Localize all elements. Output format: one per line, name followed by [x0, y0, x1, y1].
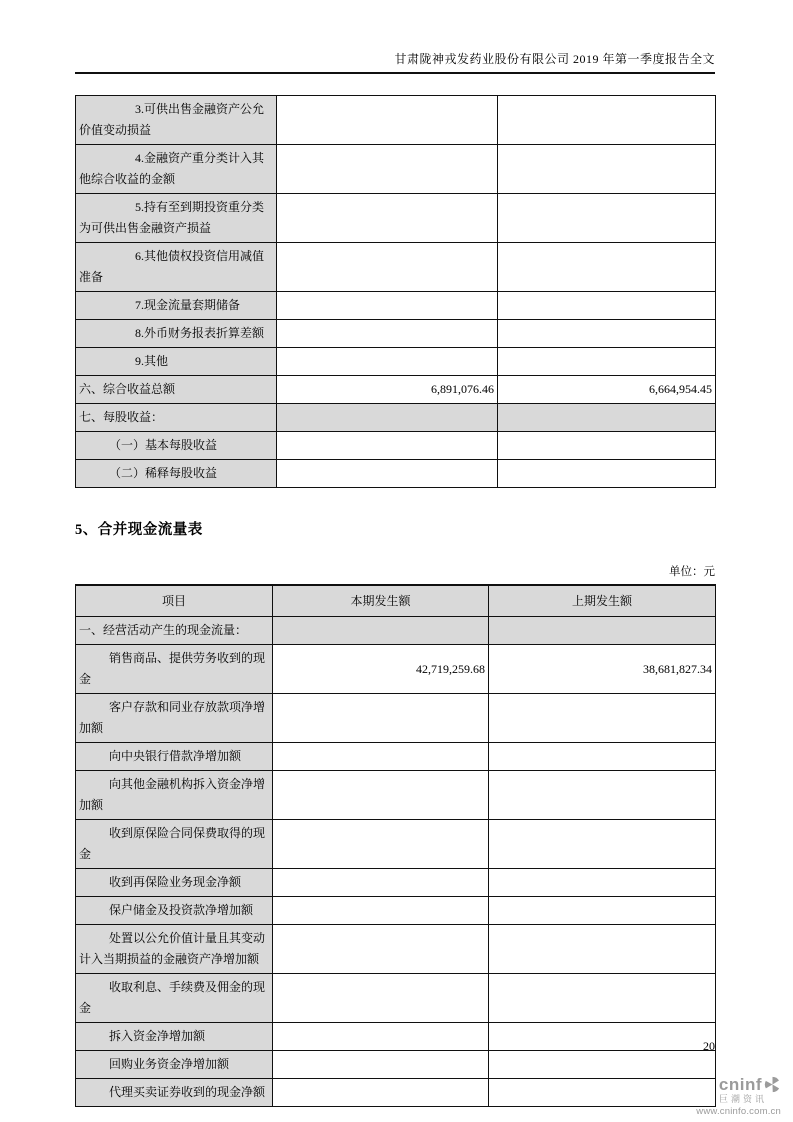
table-row: 5.持有至到期投资重分类为可供出售金融资产损益 [76, 194, 716, 243]
current-period-value [273, 1051, 489, 1079]
current-period-value [273, 925, 489, 974]
current-period-value [277, 292, 498, 320]
current-period-value [273, 771, 489, 820]
table-row: 一、经营活动产生的现金流量： [76, 617, 716, 645]
row-label: 回购业务资金净增加额 [76, 1051, 273, 1079]
row-label: 向中央银行借款净增加额 [76, 743, 273, 771]
row-label: （二）稀释每股收益 [76, 460, 277, 488]
row-label: 7.现金流量套期储备 [76, 292, 277, 320]
row-label: 8.外币财务报表折算差额 [76, 320, 277, 348]
row-label: 处置以公允价值计量且其变动计入当期损益的金融资产净增加额 [76, 925, 273, 974]
logo-site-url: www.cninfo.com.cn [671, 1107, 781, 1117]
comprehensive-income-table: 3.可供出售金融资产公允价值变动损益4.金融资产重分类计入其他综合收益的金额5.… [75, 95, 716, 488]
table-row: （一）基本每股收益 [76, 432, 716, 460]
table-row: 3.可供出售金融资产公允价值变动损益 [76, 96, 716, 145]
unit-label: 单位：元 [75, 563, 715, 579]
table-row: 8.外币财务报表折算差额 [76, 320, 716, 348]
prior-period-value: 38,681,827.34 [489, 645, 716, 694]
row-label: 收到原保险合同保费取得的现金 [76, 820, 273, 869]
current-period-value [277, 194, 498, 243]
current-period-value [273, 617, 489, 645]
prior-period-value [489, 743, 716, 771]
prior-period-value [489, 974, 716, 1023]
table-row: 回购业务资金净增加额 [76, 1051, 716, 1079]
table-row: 向中央银行借款净增加额 [76, 743, 716, 771]
table-row: 七、每股收益： [76, 404, 716, 432]
table-row: 处置以公允价值计量且其变动计入当期损益的金融资产净增加额 [76, 925, 716, 974]
row-label: 保户储金及投资款净增加额 [76, 897, 273, 925]
current-period-value [277, 243, 498, 292]
table-row: 4.金融资产重分类计入其他综合收益的金额 [76, 145, 716, 194]
row-label: 收到再保险业务现金净额 [76, 869, 273, 897]
logo-chinese-name: 巨潮资讯 [671, 1095, 767, 1104]
prior-period-value [498, 348, 716, 376]
column-header-item: 项目 [76, 585, 273, 617]
row-label: 拆入资金净增加额 [76, 1023, 273, 1051]
cash-flow-table-body: 一、经营活动产生的现金流量：销售商品、提供劳务收到的现金42,719,259.6… [76, 617, 716, 1107]
prior-period-value [498, 320, 716, 348]
table-row: 代理买卖证券收到的现金净额 [76, 1079, 716, 1107]
prior-period-value [498, 292, 716, 320]
table-row: 六、综合收益总额6,891,076.466,664,954.45 [76, 376, 716, 404]
current-period-value [277, 348, 498, 376]
table-row: 收取利息、手续费及佣金的现金 [76, 974, 716, 1023]
current-period-value: 6,891,076.46 [277, 376, 498, 404]
prior-period-value [498, 243, 716, 292]
prior-period-value [489, 820, 716, 869]
prior-period-value [489, 1023, 716, 1051]
column-header-prior-period: 上期发生额 [489, 585, 716, 617]
page-number: 20 [703, 1039, 715, 1054]
prior-period-value [498, 404, 716, 432]
row-label: 六、综合收益总额 [76, 376, 277, 404]
prior-period-value [498, 460, 716, 488]
table-row: 7.现金流量套期储备 [76, 292, 716, 320]
prior-period-value [498, 96, 716, 145]
row-label: 3.可供出售金融资产公允价值变动损益 [76, 96, 277, 145]
table-row: 6.其他债权投资信用减值准备 [76, 243, 716, 292]
current-period-value [277, 320, 498, 348]
prior-period-value [489, 771, 716, 820]
table-row: 9.其他 [76, 348, 716, 376]
table-row: 拆入资金净增加额 [76, 1023, 716, 1051]
report-page: 甘肃陇神戎发药业股份有限公司 2019 年第一季度报告全文 3.可供出售金融资产… [0, 0, 793, 1122]
prior-period-value [489, 869, 716, 897]
cninfo-logo: cninf 巨潮资讯 www.cninfo.com.cn [671, 1076, 781, 1117]
cash-flow-table-header: 项目 本期发生额 上期发生额 [76, 585, 716, 617]
current-period-value [273, 1023, 489, 1051]
row-label: 6.其他债权投资信用减值准备 [76, 243, 277, 292]
document-header: 甘肃陇神戎发药业股份有限公司 2019 年第一季度报告全文 [75, 0, 715, 74]
table-row: 向其他金融机构拆入资金净增加额 [76, 771, 716, 820]
logo-brand-text: cninf [719, 1076, 762, 1093]
prior-period-value [489, 1051, 716, 1079]
prior-period-value [498, 145, 716, 194]
prior-period-value [489, 694, 716, 743]
comprehensive-income-table-body: 3.可供出售金融资产公允价值变动损益4.金融资产重分类计入其他综合收益的金额5.… [76, 96, 716, 488]
current-period-value [273, 1079, 489, 1107]
header-row: 项目 本期发生额 上期发生额 [76, 585, 716, 617]
table-row: 客户存款和同业存放款项净增加额 [76, 694, 716, 743]
row-label: 5.持有至到期投资重分类为可供出售金融资产损益 [76, 194, 277, 243]
current-period-value [273, 869, 489, 897]
row-label: 9.其他 [76, 348, 277, 376]
row-label: 向其他金融机构拆入资金净增加额 [76, 771, 273, 820]
current-period-value [277, 460, 498, 488]
table-row: 销售商品、提供劳务收到的现金42,719,259.6838,681,827.34 [76, 645, 716, 694]
current-period-value [273, 974, 489, 1023]
current-period-value [277, 432, 498, 460]
logo-brand-row: cninf [671, 1076, 781, 1093]
current-period-value: 42,719,259.68 [273, 645, 489, 694]
row-label: 4.金融资产重分类计入其他综合收益的金额 [76, 145, 277, 194]
current-period-value [273, 897, 489, 925]
current-period-value [273, 694, 489, 743]
row-label: （一）基本每股收益 [76, 432, 277, 460]
cash-flow-table: 项目 本期发生额 上期发生额 一、经营活动产生的现金流量：销售商品、提供劳务收到… [75, 584, 716, 1107]
row-label: 一、经营活动产生的现金流量： [76, 617, 273, 645]
row-label: 销售商品、提供劳务收到的现金 [76, 645, 273, 694]
prior-period-value [489, 925, 716, 974]
swirl-icon [764, 1076, 781, 1093]
current-period-value [277, 145, 498, 194]
row-label: 客户存款和同业存放款项净增加额 [76, 694, 273, 743]
current-period-value [277, 96, 498, 145]
table-row: （二）稀释每股收益 [76, 460, 716, 488]
row-label: 代理买卖证券收到的现金净额 [76, 1079, 273, 1107]
table-row: 收到再保险业务现金净额 [76, 869, 716, 897]
prior-period-value: 6,664,954.45 [498, 376, 716, 404]
row-label: 七、每股收益： [76, 404, 277, 432]
prior-period-value [498, 432, 716, 460]
page-content: 甘肃陇神戎发药业股份有限公司 2019 年第一季度报告全文 3.可供出售金融资产… [75, 0, 715, 1107]
section-heading: 5、合并现金流量表 [75, 518, 715, 539]
prior-period-value [498, 194, 716, 243]
prior-period-value [489, 897, 716, 925]
current-period-value [277, 404, 498, 432]
table-row: 保户储金及投资款净增加额 [76, 897, 716, 925]
document-title: 甘肃陇神戎发药业股份有限公司 2019 年第一季度报告全文 [394, 52, 715, 66]
current-period-value [273, 743, 489, 771]
row-label: 收取利息、手续费及佣金的现金 [76, 974, 273, 1023]
prior-period-value [489, 617, 716, 645]
current-period-value [273, 820, 489, 869]
column-header-current-period: 本期发生额 [273, 585, 489, 617]
table-row: 收到原保险合同保费取得的现金 [76, 820, 716, 869]
